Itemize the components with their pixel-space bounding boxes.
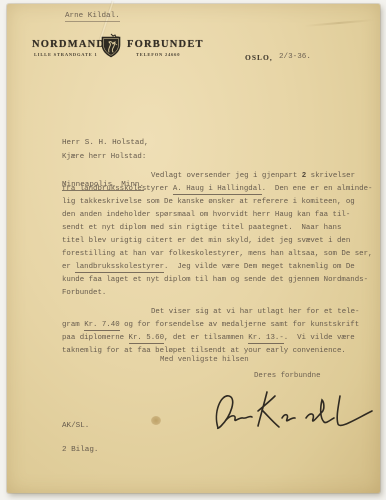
salutation-line: Kjære herr Holstad: xyxy=(62,151,362,164)
body-segment: gram xyxy=(62,321,84,329)
body-segment: Kr. 13.- xyxy=(248,334,283,344)
typist-initials: AK/SL. xyxy=(62,422,89,430)
letter-paper: Arne Kildal. NORDMANDS FORBUNDET LILLE S… xyxy=(7,4,380,493)
body-line: er landbruksskolestyrer. Jeg vilde være … xyxy=(62,261,362,274)
body-segment: Kr. 7.40 xyxy=(84,321,119,331)
body-segment: taknemlig for at faa beløpet tilsendt at… xyxy=(62,347,346,355)
body-segment: fra landbruksskolestyrer xyxy=(62,185,173,193)
body-segment: er xyxy=(62,263,75,271)
body-segment: titel blev urigtig citert er det min sky… xyxy=(62,237,350,245)
body-line: Forbundet. xyxy=(62,287,362,300)
letterhead-phone: TELEFON 24660 xyxy=(136,52,180,57)
paper-stain xyxy=(151,416,161,425)
body-segment: . Jeg vilde være Dem meget taknemlig om … xyxy=(164,263,355,271)
body-segment: Det viser sig at vi har utlagt her for e… xyxy=(151,308,359,316)
body-segment: kunde faa laget et nyt diplom til ham og… xyxy=(62,276,368,284)
body-segment: landbruksskolestyrer xyxy=(75,263,164,273)
body-line: fra landbruksskolestyrer A. Haug i Halli… xyxy=(62,183,362,196)
letterhead-org-right: FORBUNDET xyxy=(127,39,204,50)
body-line: forestilling at han var folkeskolestyrer… xyxy=(62,248,362,261)
body-segment: sendt et nyt diplom med sin rigtige tite… xyxy=(62,224,341,232)
enclosures-note: 2 Bilag. xyxy=(62,446,98,454)
body-segment: , det er tilsammen xyxy=(164,334,248,342)
body-line: kunde faa laget et nyt diplom til ham og… xyxy=(62,274,362,287)
paper-wrinkle xyxy=(304,19,374,27)
letter-body: Kjære herr Holstad:Vedlagt oversender je… xyxy=(62,151,362,358)
body-segment: . Den ene er en alminde- xyxy=(262,185,373,193)
body-segment: skrivelser xyxy=(306,172,355,180)
body-line: sendt et nyt diplom med sin rigtige tite… xyxy=(62,222,362,235)
closing-yours: Deres forbundne xyxy=(254,372,321,380)
letterhead-address: LILLE STRANDGATE 1 xyxy=(34,52,98,57)
scanned-letter-page: Arne Kildal. NORDMANDS FORBUNDET LILLE S… xyxy=(0,0,386,500)
body-segment: Forbundet. xyxy=(62,289,106,297)
closing-regards: Med venligste hilsen xyxy=(160,356,249,364)
top-annotation: Arne Kildal. xyxy=(65,12,120,22)
body-segment: Kr. 5.60 xyxy=(129,334,164,344)
letterhead-place: OSLO, xyxy=(245,53,273,62)
letter-date: 2/3-36. xyxy=(279,53,311,61)
body-segment: . Vi vilde være xyxy=(284,334,355,342)
body-segment: den anden indeholder spørsmaal om hvorvi… xyxy=(62,211,350,219)
recipient-name: Herr S. H. Holstad, xyxy=(62,136,149,150)
body-line: paa diplomerne Kr. 5.60, det er tilsamme… xyxy=(62,332,362,345)
body-segment: paa diplomerne xyxy=(62,334,129,342)
body-segment: A. Haug i Hallingdal xyxy=(173,185,262,195)
body-segment: Vedlagt oversender jeg i gjenpart xyxy=(151,172,302,180)
body-line: Det viser sig at vi har utlagt her for e… xyxy=(62,306,362,319)
body-line: Vedlagt oversender jeg i gjenpart 2 skri… xyxy=(62,170,362,183)
body-segment: og for forsendelse av medaljerne samt fo… xyxy=(120,321,360,329)
body-line: lig takkeskrivelse som De kanske ønsker … xyxy=(62,196,362,209)
body-segment: forestilling at han var folkeskolestyrer… xyxy=(62,250,372,258)
signature-arne-kildal xyxy=(210,382,378,436)
body-segment: lig takkeskrivelse som De kanske ønsker … xyxy=(62,198,355,206)
lion-crest-shield-icon xyxy=(99,30,123,62)
body-line: den anden indeholder spørsmaal om hvorvi… xyxy=(62,209,362,222)
body-line: gram Kr. 7.40 og for forsendelse av meda… xyxy=(62,319,362,332)
body-line: titel blev urigtig citert er det min sky… xyxy=(62,235,362,248)
